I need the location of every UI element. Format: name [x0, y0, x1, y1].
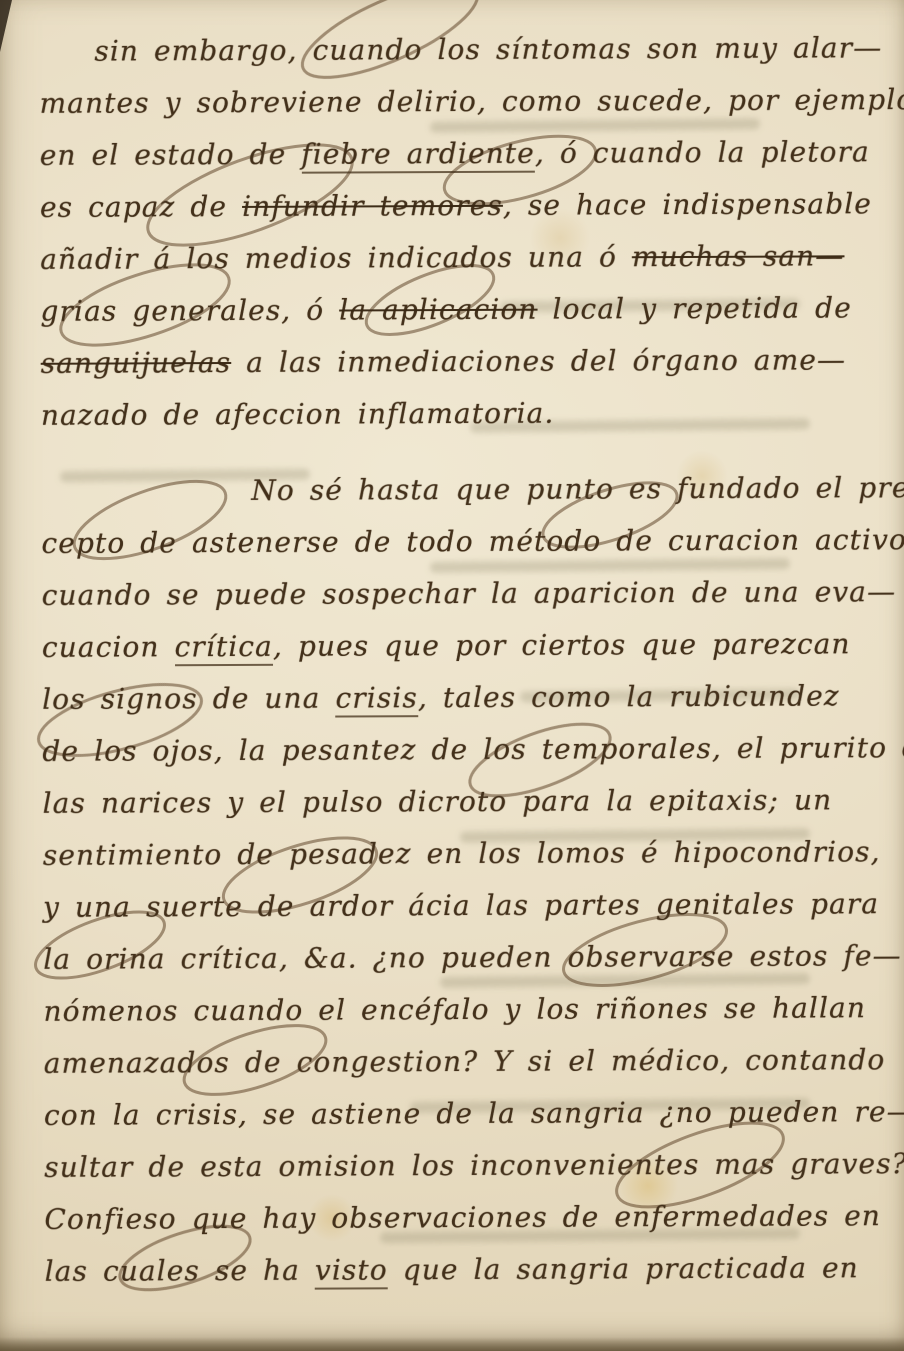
text-segment: , tales como la rubicundez — [418, 679, 840, 714]
page-corner-mark — [0, 0, 12, 52]
manuscript-page: sin embargo, cuando los síntomas son muy… — [0, 0, 904, 1351]
manuscript-line: mantes y sobreviene delirio, como sucede… — [39, 74, 871, 130]
text-segment: local y repetida de — [537, 291, 851, 325]
text-segment: Confieso que hay observaciones de enferm… — [44, 1199, 881, 1236]
text-segment: , ó cuando la pletora — [535, 135, 870, 169]
manuscript-line: los signos de una crisis, tales como la … — [42, 670, 874, 726]
struck-out-text: la aplicacion — [339, 293, 537, 327]
manuscript-line: de los ojos, la pesantez de los temporal… — [42, 722, 874, 778]
text-segment: No sé hasta que punto es fundado el pre— — [251, 471, 904, 507]
text-segment: cepto de astenerse de todo método de cur… — [41, 523, 904, 560]
text-segment: , pues que por ciertos que parezcan — [273, 627, 851, 663]
manuscript-body: sin embargo, cuando los síntomas son muy… — [39, 22, 877, 1298]
text-segment: las cuales se ha — [45, 1254, 315, 1288]
text-segment: sin embargo, cuando los síntomas son muy… — [94, 31, 882, 67]
manuscript-line: amenazados de congestion? Y si el médico… — [44, 1034, 876, 1090]
manuscript-line: sin embargo, cuando los síntomas son muy… — [39, 22, 871, 78]
text-segment: nazado de afeccion inflamatoria. — [41, 397, 555, 432]
manuscript-line: y una suerte de ardor ácia las partes ge… — [43, 878, 875, 934]
struck-out-text: sanguijuelas — [41, 346, 232, 380]
text-segment: de los ojos, la pesantez de los temporal… — [42, 731, 904, 768]
text-segment: los signos de una — [42, 682, 336, 716]
manuscript-line: nómenos cuando el encéfalo y los riñones… — [43, 982, 875, 1038]
page-bottom-edge — [0, 1337, 904, 1351]
manuscript-line: sentimiento de pesadez en los lomos é hi… — [43, 826, 875, 882]
underlined-text: visto — [315, 1253, 388, 1289]
manuscript-line: sanguijuelas a las inmediaciones del órg… — [41, 334, 873, 390]
underlined-text: crisis — [335, 681, 417, 717]
paragraph: sin embargo, cuando los síntomas son muy… — [39, 22, 873, 442]
underlined-text: fiebre ardiente — [301, 137, 535, 174]
manuscript-line: añadir á los medios indicados una ó much… — [40, 230, 872, 286]
text-segment: con la crisis, se astiene de la sangria … — [44, 1095, 904, 1132]
struck-out-text: muchas san— — [632, 239, 845, 273]
manuscript-line: es capaz de infundir temores, se hace in… — [40, 178, 872, 234]
paragraph: No sé hasta que punto es fundado el pre—… — [41, 462, 877, 1298]
manuscript-line: cepto de astenerse de todo método de cur… — [41, 514, 873, 570]
manuscript-line: Confieso que hay observaciones de enferm… — [44, 1190, 876, 1246]
text-segment: y una suerte de ardor ácia las partes ge… — [43, 887, 879, 924]
text-segment: las narices y el pulso dicroto para la e… — [43, 783, 833, 819]
text-segment: que la sangria practicada en — [388, 1251, 859, 1286]
text-segment: añadir á los medios indicados una ó — [40, 240, 632, 276]
manuscript-line: nazado de afeccion inflamatoria. — [41, 386, 873, 442]
text-segment: es capaz de — [40, 190, 242, 224]
text-segment: sentimiento de pesadez en los lomos é hi… — [43, 835, 881, 872]
text-segment: en el estado de — [40, 138, 302, 172]
text-segment: la orina crítica, &a. ¿no pueden observa… — [43, 939, 901, 976]
text-segment: amenazados de congestion? Y si el médico… — [44, 1043, 886, 1080]
text-segment: , se hace indispensable — [503, 187, 872, 222]
text-segment: grias generales, ó — [40, 294, 339, 328]
manuscript-line: las cuales se ha visto que la sangria pr… — [45, 1242, 877, 1298]
manuscript-line: en el estado de fiebre ardiente, ó cuand… — [40, 126, 872, 182]
text-segment: a las inmediaciones del órgano ame— — [231, 343, 846, 379]
manuscript-line: grias generales, ó la aplicacion local y… — [40, 282, 872, 338]
text-segment: sultar de esta omision los inconveniente… — [44, 1147, 904, 1184]
manuscript-line: cuacion crítica, pues que por ciertos qu… — [42, 618, 874, 674]
manuscript-line: las narices y el pulso dicroto para la e… — [43, 774, 875, 830]
underlined-text: crítica — [175, 630, 273, 666]
manuscript-line: sultar de esta omision los inconveniente… — [44, 1138, 876, 1194]
struck-out-text: infundir temores — [242, 189, 503, 223]
manuscript-line: con la crisis, se astiene de la sangria … — [44, 1086, 876, 1142]
text-segment: cuando se puede sospechar la aparicion d… — [42, 575, 897, 612]
manuscript-line: la orina crítica, &a. ¿no pueden observa… — [43, 930, 875, 986]
manuscript-line: cuando se puede sospechar la aparicion d… — [42, 566, 874, 622]
text-segment: mantes y sobreviene delirio, como sucede… — [39, 83, 904, 120]
text-segment: cuacion — [42, 630, 175, 664]
text-segment: nómenos cuando el encéfalo y los riñones… — [43, 991, 866, 1028]
manuscript-line: No sé hasta que punto es fundado el pre— — [41, 462, 873, 518]
